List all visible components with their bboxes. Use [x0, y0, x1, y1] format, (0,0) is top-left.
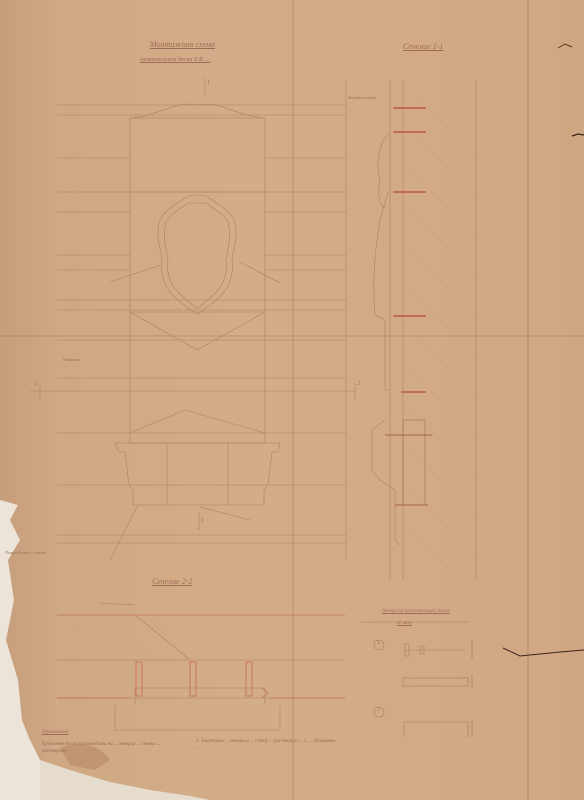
section-1-1-title: Сечение 1-1	[403, 42, 443, 51]
notes-right-text: 2. Закрепить ... анкеры в ... стену ... …	[196, 738, 336, 752]
drawing-sheet: Монтажная схема мемориальной доски Б.В. …	[0, 0, 584, 800]
section-2-2-title: Сечение 2-2	[152, 577, 192, 586]
main-subtitle: мемориальной доски Б.В. ...	[140, 57, 210, 63]
left-note-1: Отметка ...	[63, 357, 84, 362]
anchor-details-title: Анкеры из нержавеющей стали	[382, 609, 450, 614]
main-title: Монтажная схема	[150, 40, 215, 49]
left-note-2: Поверх блоков ... стены	[5, 550, 45, 555]
section-mark-bottom: 1	[201, 518, 204, 524]
section-mark-right: 2	[357, 381, 360, 387]
detail-label-1: 1	[377, 640, 380, 646]
technical-drawing	[0, 0, 584, 800]
torn-edge	[0, 500, 60, 800]
section-mark-top: 1	[207, 80, 210, 86]
facade-label: Фасадная стена	[348, 95, 376, 100]
notes-heading: Примечания	[42, 730, 68, 735]
section-mark-left: 2	[34, 381, 37, 387]
anchor-details-subtitle: (2 шт)	[397, 621, 411, 626]
notes-left-text: Крепление доски производить на ... анкер…	[42, 741, 182, 755]
detail-label-2: 2	[377, 707, 380, 713]
